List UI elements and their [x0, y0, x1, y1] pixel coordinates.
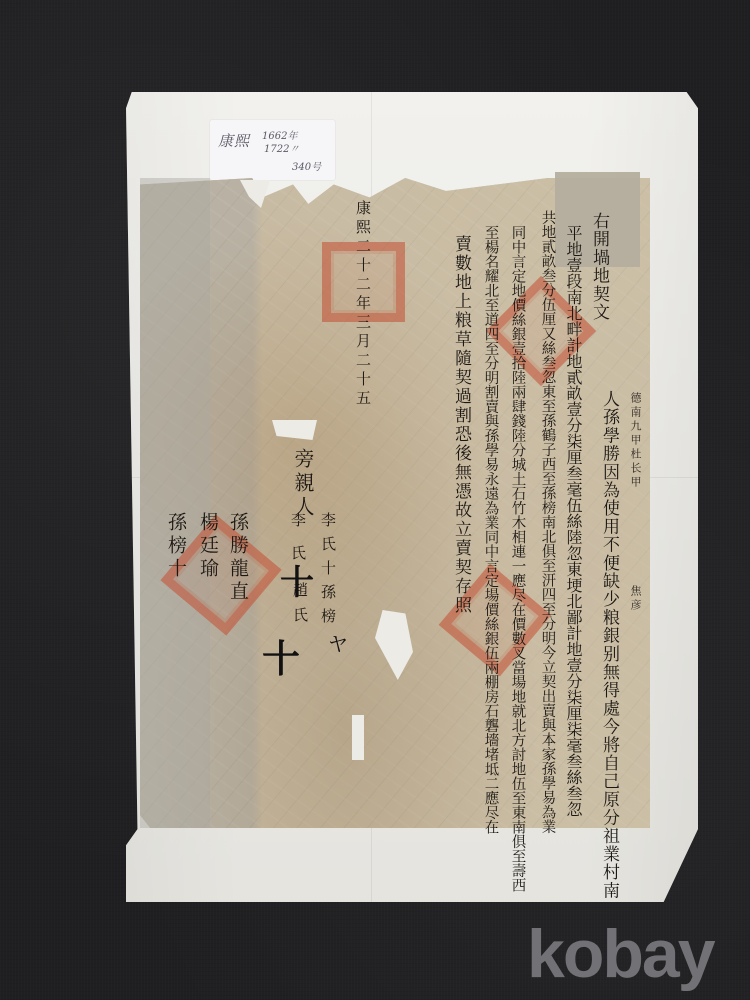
- signatory-name: 孫榜十: [166, 512, 185, 581]
- deed-closing-column: 賣數地上粮草隨契過割恐後無憑故立賣契存照: [452, 235, 469, 615]
- deed-title-column: 右開堝地契文: [590, 212, 607, 321]
- label-price: 340号: [292, 158, 321, 173]
- price-label-sticker: 康熙 1662年 1722〃 340号: [210, 120, 335, 180]
- witness-name: 李氏十孫榜: [320, 512, 335, 632]
- date-line: 康熙二十二年三月二十五: [355, 200, 370, 409]
- signatory-name: 楊廷瑜: [198, 512, 217, 581]
- label-era: 康熙: [218, 130, 250, 151]
- repair-patch: [140, 178, 210, 828]
- paper-hole: [352, 715, 364, 760]
- deed-text-column: 同中言定地價絲銀壹拾陸兩肆錢陸分城土石竹木相連一應尽在價數叉當場地就北方討地伍至…: [510, 225, 525, 892]
- deed-text-column: 至楊名耀北至道四至分明割賣與孫學易永遠為業同中言定場價絲銀伍兩棚房石礱墻堵坻二應…: [483, 225, 498, 834]
- side-note-village: 德南九甲杜长甲: [630, 392, 641, 490]
- photo-scene: 康熙 1662年 1722〃 340号 右開堝地契文 人孫學勝因為使用不便缺少粮…: [0, 0, 750, 1000]
- side-note-name: 焦彦: [630, 585, 641, 613]
- label-year-end: 1722〃: [264, 140, 299, 155]
- deed-text-column: 人孫學勝因為使用不便缺少粮銀别無得處今將自己原分祖業村南: [600, 390, 617, 900]
- deed-text-column: 平地壹段南北畔計地貳畝壹分柒厘叁毫伍絲陸忽東埂北鄙計地壹分柒厘柒毫叁絲叁忽: [565, 225, 581, 817]
- deed-text-column: 共地貳畝叁分伍厘又絲叁忽東至孫鶴子西至孫榜南北俱至汧四至分明今立契出賣與本家孫學…: [540, 210, 555, 834]
- kobay-watermark: kobay: [527, 915, 714, 993]
- witness-header: 旁親人: [293, 448, 313, 520]
- signatory-name: 孫勝龍直: [228, 512, 247, 604]
- cross-signature-mark: 十: [262, 628, 300, 683]
- signature-mark: ヤ: [328, 628, 348, 657]
- cross-signature-mark: 十: [280, 555, 314, 604]
